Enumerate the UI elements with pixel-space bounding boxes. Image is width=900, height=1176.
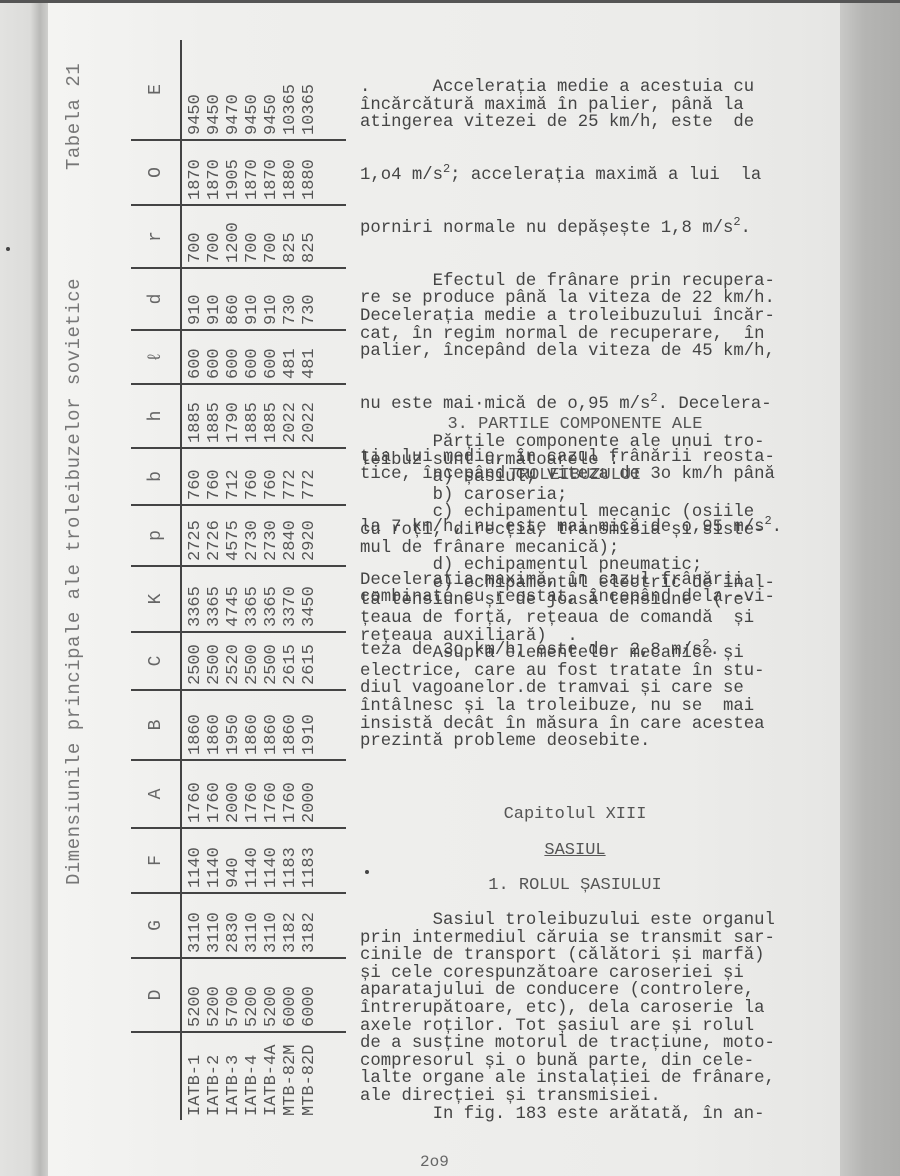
table-cell: 6000: [300, 959, 319, 1027]
text-line: palier, începând dela viteza de 45 km/h,: [360, 343, 800, 361]
column-header-p: p: [131, 505, 181, 566]
column-header-r: r: [131, 205, 181, 268]
column-values-C: 2500250025202500250026152615: [181, 632, 346, 690]
text-line: lalte organe ale instalației de frânare,: [360, 1070, 800, 1088]
table-cell: 2500: [205, 633, 224, 685]
page-number: 2o9: [420, 1153, 449, 1171]
table-cell: 600: [243, 331, 262, 379]
table-cell: MTB-82D: [300, 1033, 319, 1116]
table-cell: 1183: [281, 829, 300, 888]
table-cell: 825: [300, 206, 319, 263]
table-cell: 481: [300, 331, 319, 379]
table-cell: 1860: [243, 691, 262, 755]
table-cell: 481: [281, 331, 300, 379]
table-cell: 730: [281, 269, 300, 325]
text-line: leibuz sunt următoarele :: [360, 452, 800, 470]
table-cell: 772: [281, 449, 300, 500]
table-cell: 600: [205, 331, 224, 379]
paragraph-chassis: Sasiul troleibuzului este organulprin in…: [360, 912, 800, 1123]
table-cell: 2840: [281, 506, 300, 561]
table-cell: 5200: [262, 959, 281, 1027]
margin-dot: [365, 870, 369, 874]
table-cell: 10365: [300, 40, 319, 135]
table-cell: 2500: [243, 633, 262, 685]
column-values-E: 945094509470945094501036510365: [181, 40, 346, 140]
table-cell: 10365: [281, 40, 300, 135]
paragraph-braking: Efectul de frânare prin recupera-re se p…: [360, 273, 800, 361]
column-values-F: 114011409401140114011831183: [181, 828, 346, 893]
dimensions-table-rotated: Dimensiunile principale ale troleibuzelo…: [131, 40, 346, 1120]
text-line: cat, în regim normal de recuperare, în: [360, 326, 800, 344]
column-models: IATB-1IATB-2IATB-3IATB-4IATB-4AMTB-82MMT…: [181, 1032, 346, 1120]
column-values-O: 1870187019051870187018801880: [181, 140, 346, 205]
table-cell: 3110: [243, 894, 262, 953]
table-cell: 1760: [281, 761, 300, 823]
table-cell: 3110: [205, 894, 224, 953]
column-header-K: K: [131, 566, 181, 632]
table-cell: 2730: [262, 506, 281, 561]
table-cell: 2726: [205, 506, 224, 561]
chapter-label: Capitolul XIII: [360, 805, 790, 824]
text-line: d) echipamentul pneumatic;: [360, 557, 800, 575]
table-cell: 1140: [186, 829, 205, 888]
table-cell: 860: [224, 269, 243, 325]
table-cell: 760: [205, 449, 224, 500]
table-cell: 2730: [243, 506, 262, 561]
column-values-r: 7007001200700700825825: [181, 205, 346, 268]
table-cell: 4575: [224, 506, 243, 561]
table-title-row: Dimensiunile principale ale troleibuzelo…: [63, 40, 93, 1120]
table-cell: 2000: [224, 761, 243, 823]
table-cell: 700: [243, 206, 262, 263]
table-caption: Dimensiunile principale ale troleibuzelo…: [63, 278, 85, 885]
table-cell: IATB-3: [224, 1033, 243, 1116]
table-cell: 1760: [186, 761, 205, 823]
column-header-B: B: [131, 690, 181, 760]
table-cell: 1760: [243, 761, 262, 823]
column-header-A: A: [131, 760, 181, 828]
text-line: axele roților. Tot șasiul are și rolul: [360, 1018, 800, 1036]
table-cell: 3365: [243, 567, 262, 627]
column-values-G: 3110311028303110311031823182: [181, 893, 346, 958]
text-line: e) echipamentul electric de înal-: [360, 575, 800, 593]
table-cell: 3365: [205, 567, 224, 627]
table-cell: 1790: [224, 385, 243, 443]
text-line: aparatajului de conducere (controlere,: [360, 982, 800, 1000]
text-line: Decelerația medie a troleibuzului încăr-: [360, 308, 800, 326]
table-cell: 2615: [300, 633, 319, 685]
text-line: tă tensiune și de joasă tensiune (re-: [360, 592, 800, 610]
column-values-b: 760760712760760772772: [181, 448, 346, 505]
table-cell: IATB-1: [186, 1033, 205, 1116]
text-line: c) echipamentul mecanic (osiile: [360, 504, 800, 522]
text-line: Sasiul troleibuzului este organul: [360, 912, 800, 930]
table-cell: 9470: [224, 40, 243, 135]
text-line: cu roți, direcția, transmisia și siste-: [360, 522, 800, 540]
table-header-row: DGFABCKpbhℓdrOE: [131, 40, 181, 1120]
table-cell: 9450: [205, 40, 224, 135]
text-line: atingerea vitezei de 25 km/h, este de: [360, 114, 800, 132]
table-cell: 1860: [186, 691, 205, 755]
table-cell: 3370: [281, 567, 300, 627]
table-cell: 600: [186, 331, 205, 379]
text-line: a) șasiul;: [360, 469, 800, 487]
column-values-ℓ: 600600600600600481481: [181, 330, 346, 384]
table-cell: 1140: [205, 829, 224, 888]
text-line: întrerupătoare, etc), dela caroserie la: [360, 1000, 800, 1018]
table-cell: 5700: [224, 959, 243, 1027]
column-header-h: h: [131, 384, 181, 448]
column-header-C: C: [131, 632, 181, 690]
chapter-title: SASIUL: [360, 841, 790, 860]
column-values-K: 3365336547453365336533703450: [181, 566, 346, 632]
table-cell: 2000: [300, 761, 319, 823]
text-line: întâlnesc și la troleibuze, nu se mai: [360, 698, 800, 716]
column-header-model: [131, 1032, 181, 1120]
text-line: cinile de transport (călători și marfă): [360, 947, 800, 965]
text-line: Părțile componente ale unui tro-: [360, 434, 800, 452]
text-line: mul de frânare mecanică);: [360, 540, 800, 558]
column-values-d: 910910860910910730730: [181, 268, 346, 330]
paragraph-acceleration: . Accelerația medie a acestuia cuîncărcă…: [360, 79, 800, 132]
table-cell: 700: [186, 206, 205, 263]
text-line: . Accelerația medie a acestuia cu: [360, 79, 800, 97]
table-cell: 1860: [205, 691, 224, 755]
dimensions-table: DGFABCKpbhℓdrOE IATB-1IATB-2IATB-3IATB-4…: [131, 40, 346, 1120]
scan-right-margin: [840, 0, 900, 1176]
table-cell: IATB-4A: [262, 1033, 281, 1116]
table-label: Tabela 21: [63, 63, 85, 170]
table-cell: 1870: [205, 141, 224, 200]
table-cell: 1860: [281, 691, 300, 755]
table-cell: 9450: [262, 40, 281, 135]
table-cell: 3365: [262, 567, 281, 627]
scan-left-margin: [0, 0, 48, 1176]
text-line: încărcătură maximă în palier, până la: [360, 97, 800, 115]
table-cell: 3110: [186, 894, 205, 953]
text-line: 1,o4 m/s2; accelerația maximă a lui la: [360, 167, 800, 185]
table-cell: 700: [205, 206, 224, 263]
table-cell: 1200: [224, 206, 243, 263]
table-cell: 2520: [224, 633, 243, 685]
paragraph-components: Părțile componente ale unui tro-leibuz s…: [360, 434, 800, 751]
column-header-E: E: [131, 40, 181, 140]
table-cell: 2830: [224, 894, 243, 953]
text-line: prezintă probleme deosebite.: [360, 733, 800, 751]
table-cell: 2615: [281, 633, 300, 685]
text-line: In fig. 183 este arătată, în an-: [360, 1106, 800, 1124]
table-cell: 910: [243, 269, 262, 325]
column-header-D: D: [131, 958, 181, 1032]
table-cell: 1885: [262, 385, 281, 443]
margin-dot: [6, 247, 10, 251]
scan-top-edge: [0, 0, 900, 3]
table-cell: 1885: [186, 385, 205, 443]
table-cell: 1910: [300, 691, 319, 755]
column-header-G: G: [131, 893, 181, 958]
column-header-d: d: [131, 268, 181, 330]
table-cell: 2500: [262, 633, 281, 685]
table-cell: 910: [186, 269, 205, 325]
table-cell: 3450: [300, 567, 319, 627]
table-cell: 1140: [262, 829, 281, 888]
text-line: electrice, care au fost tratate în stu-: [360, 663, 800, 681]
column-header-F: F: [131, 828, 181, 893]
table-cell: 3110: [262, 894, 281, 953]
column-header-O: O: [131, 140, 181, 205]
table-cell: 712: [224, 449, 243, 500]
column-header-b: b: [131, 448, 181, 505]
table-cell: 1885: [205, 385, 224, 443]
text-line: porniri normale nu depășește 1,8 m/s2.: [360, 220, 800, 238]
table-cell: 5200: [186, 959, 205, 1027]
table-cell: 910: [262, 269, 281, 325]
table-cell: 1870: [186, 141, 205, 200]
column-header-ℓ: ℓ: [131, 330, 181, 384]
table-cell: 2022: [281, 385, 300, 443]
table-cell: 3182: [281, 894, 300, 953]
table-cell: 760: [186, 449, 205, 500]
table-cell: 1885: [243, 385, 262, 443]
table-cell: 940: [224, 829, 243, 888]
text-line: compresorul și o bună parte, din cele-: [360, 1053, 800, 1071]
table-cell: 1880: [300, 141, 319, 200]
table-cell: 1950: [224, 691, 243, 755]
table-cell: 4745: [224, 567, 243, 627]
table-cell: 2500: [186, 633, 205, 685]
table-cell: 600: [262, 331, 281, 379]
text-line: țeaua de forță, rețeaua de comandă și: [360, 610, 800, 628]
text-line: Efectul de frânare prin recupera-: [360, 273, 800, 291]
text-line: rețeaua auxiliară) .: [360, 628, 800, 646]
table-cell: 6000: [281, 959, 300, 1027]
column-values-h: 1885188517901885188520222022: [181, 384, 346, 448]
text-line: de a susține motorul de tracțiune, moto-: [360, 1035, 800, 1053]
table-cell: 910: [205, 269, 224, 325]
table-cell: 1860: [262, 691, 281, 755]
table-cell: 3182: [300, 894, 319, 953]
table-cell: 1760: [205, 761, 224, 823]
text-line: diul vagoanelor.de tramvai și care se: [360, 680, 800, 698]
text-line: b) caroseria;: [360, 487, 800, 505]
table-cell: 2022: [300, 385, 319, 443]
table-cell: 9450: [243, 40, 262, 135]
text-line: Asupra elementelor mecanice și: [360, 645, 800, 663]
table-body-row: IATB-1IATB-2IATB-3IATB-4IATB-4AMTB-82MMT…: [181, 40, 346, 1120]
table-cell: 1183: [300, 829, 319, 888]
table-cell: 2920: [300, 506, 319, 561]
table-cell: 1870: [243, 141, 262, 200]
text-line: prin intermediul căruia se transmit sar-: [360, 930, 800, 948]
column-values-p: 2725272645752730273028402920: [181, 505, 346, 566]
text-line: re se produce până la viteza de 22 km/h.: [360, 290, 800, 308]
column-values-B: 1860186019501860186018601910: [181, 690, 346, 760]
table-cell: 5200: [205, 959, 224, 1027]
table-cell: IATB-2: [205, 1033, 224, 1116]
table-cell: 760: [243, 449, 262, 500]
table-cell: 1870: [262, 141, 281, 200]
table-cell: 600: [224, 331, 243, 379]
text-line: insistă decât în măsura în care acestea: [360, 716, 800, 734]
table-cell: 772: [300, 449, 319, 500]
table-cell: 760: [262, 449, 281, 500]
table-cell: 9450: [186, 40, 205, 135]
text-line: ale direcției și transmisiei.: [360, 1088, 800, 1106]
text-line: și cele corespunzătoare caroseriei și: [360, 965, 800, 983]
table-cell: 3365: [186, 567, 205, 627]
table-cell: 825: [281, 206, 300, 263]
column-values-D: 5200520057005200520060006000: [181, 958, 346, 1032]
table-cell: 1140: [243, 829, 262, 888]
table-cell: 2725: [186, 506, 205, 561]
table-cell: 700: [262, 206, 281, 263]
table-cell: 1880: [281, 141, 300, 200]
table-cell: IATB-4: [243, 1033, 262, 1116]
column-values-A: 1760176020001760176017602000: [181, 760, 346, 828]
table-cell: 1760: [262, 761, 281, 823]
table-cell: 730: [300, 269, 319, 325]
table-cell: 5200: [243, 959, 262, 1027]
table-cell: 1905: [224, 141, 243, 200]
table-cell: MTB-82M: [281, 1033, 300, 1116]
section-1-title: 1. ROLUL ȘASIULUI: [360, 876, 790, 895]
